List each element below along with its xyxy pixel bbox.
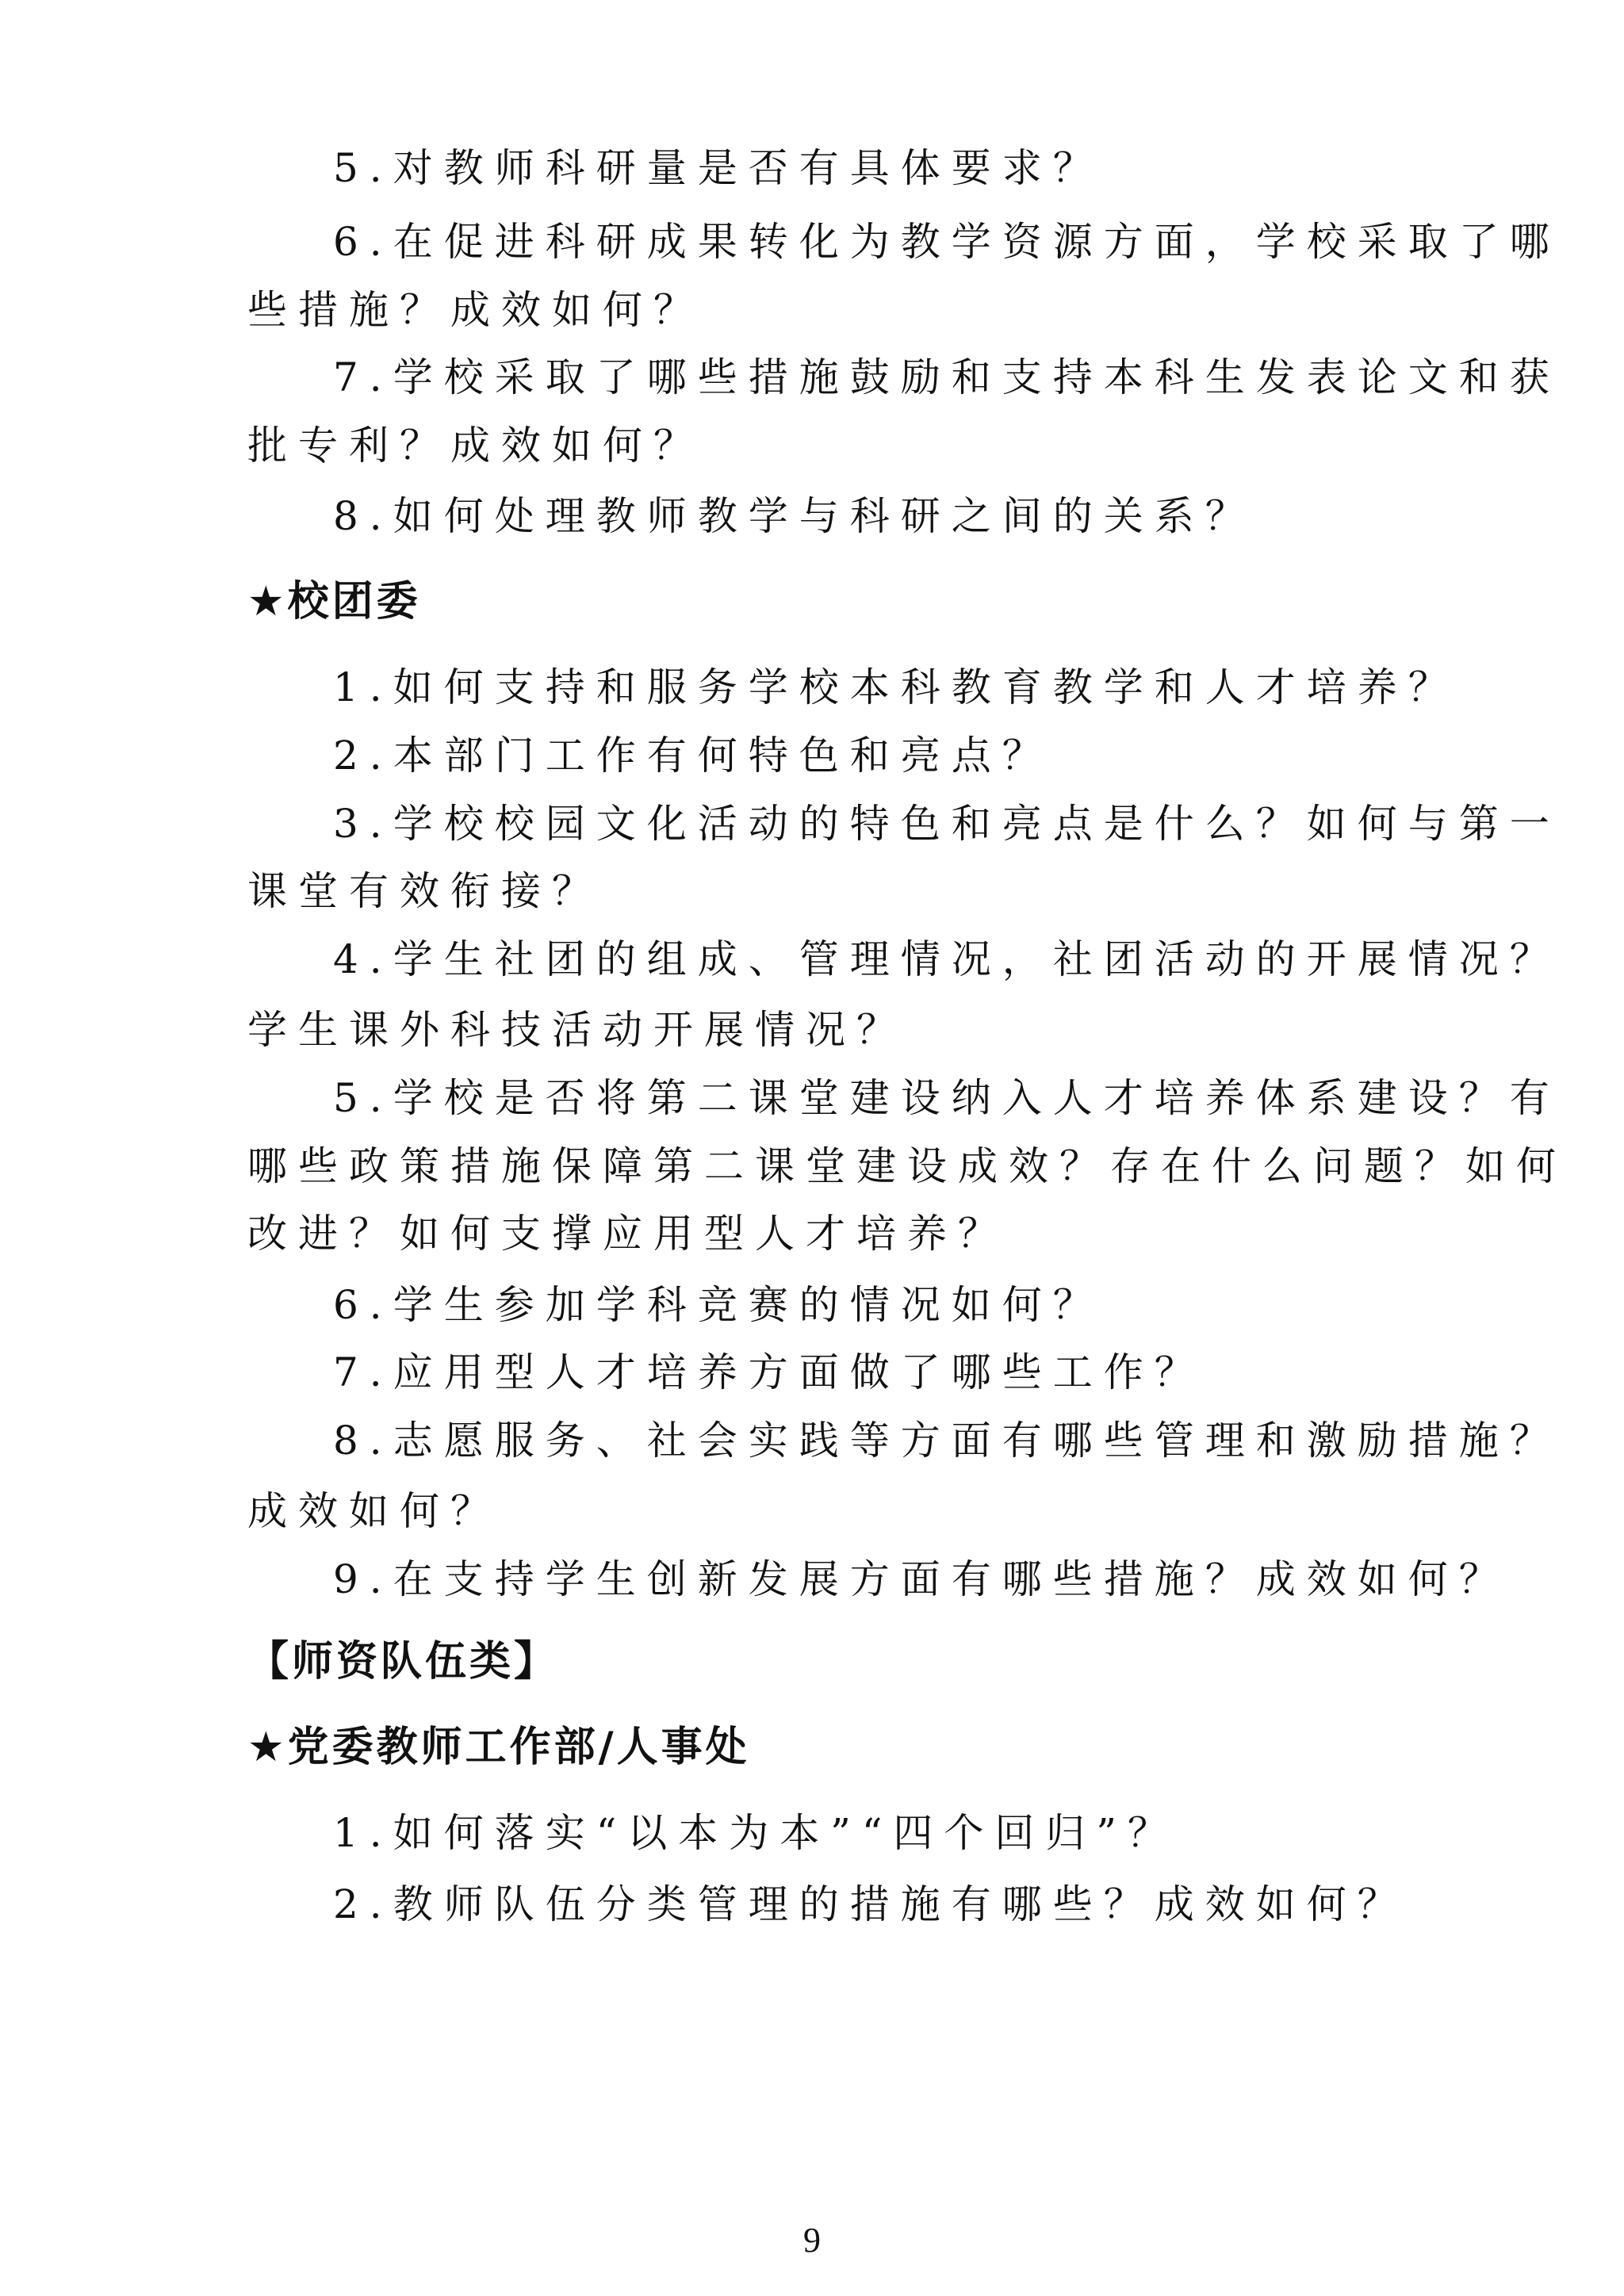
paragraph-line: 7.学校采取了哪些措施鼓励和支持本科生发表论文和获: [333, 354, 1561, 401]
paragraph-line: 2.教师队伍分类管理的措施有哪些？成效如何？: [333, 1881, 1408, 1928]
paragraph-line: 哪些政策措施保障第二课堂建设成效？存在什么问题？如何: [247, 1142, 1567, 1190]
paragraph-line: 5.学校是否将第二课堂建设纳入人才培养体系建设？有: [333, 1074, 1561, 1122]
section-heading: ★党委教师工作部/人事处: [247, 1724, 750, 1771]
paragraph-line: 5.对教师科研量是否有具体要求？: [333, 144, 1104, 192]
paragraph-line: 4.学生社团的组成、管理情况，社团活动的开展情况？: [333, 936, 1561, 983]
paragraph-line: 1.如何落实“以本为本”“四个回归”？: [333, 1809, 1178, 1857]
paragraph-line: 6.在促进科研成果转化为教学资源方面，学校采取了哪: [333, 218, 1561, 266]
paragraph-line: 2.本部门工作有何特色和亮点？: [333, 732, 1053, 779]
paragraph-line: 改进？如何支撑应用型人才培养？: [247, 1210, 1009, 1257]
paragraph-line: 1.如何支持和服务学校本科教育教学和人才培养？: [333, 664, 1459, 711]
paragraph-line: 课堂有效衔接？: [247, 867, 603, 915]
paragraph-line: 学生课外科技活动开展情况？: [247, 1006, 907, 1054]
paragraph-line: 8.如何处理教师教学与科研之间的关系？: [333, 492, 1256, 540]
paragraph-line: 9.在支持学生创新发展方面有哪些措施？成效如何？: [333, 1556, 1510, 1603]
paragraph-line: 些措施？成效如何？: [247, 286, 704, 334]
paragraph-line: 8.志愿服务、社会实践等方面有哪些管理和激励措施？: [333, 1417, 1561, 1464]
paragraph-line: 6.学生参加学科竞赛的情况如何？: [333, 1281, 1104, 1329]
section-heading: 【师资队伍类】: [247, 1638, 558, 1686]
page-number: 9: [0, 2220, 1624, 2260]
paragraph-line: 7.应用型人才培养方面做了哪些工作？: [333, 1349, 1205, 1396]
paragraph-line: 成效如何？: [247, 1487, 501, 1535]
paragraph-line: 批专利？成效如何？: [247, 422, 704, 469]
section-heading: ★校团委: [247, 578, 421, 626]
paragraph-line: 3.学校校园文化活动的特色和亮点是什么？如何与第一: [333, 800, 1561, 848]
